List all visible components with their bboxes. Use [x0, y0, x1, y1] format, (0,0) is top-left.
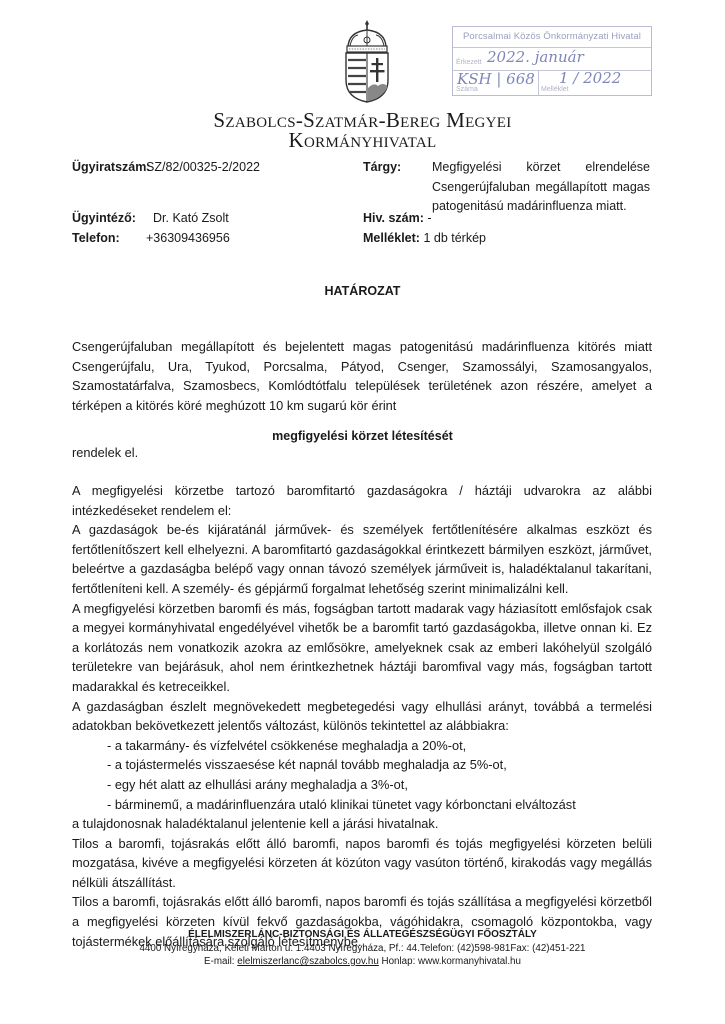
org-name-line2: Kormányhivatal: [0, 128, 725, 153]
measure-paragraph-3: A gazdaságban észlelt megnövekedett megb…: [72, 697, 652, 736]
bullet-item: - egy hét alatt az elhullási arány megha…: [72, 775, 652, 795]
reference: -: [427, 211, 431, 225]
attachment-label: Melléklet:: [363, 231, 420, 245]
measures-intro: A megfigyelési körzetbe tartozó baromfit…: [72, 481, 652, 520]
attachment: 1 db térkép: [423, 231, 486, 245]
bullet-item: - bárminemű, a madárinfluenzára utaló kl…: [72, 795, 652, 815]
phone: +36309436956: [146, 229, 230, 247]
subject: Megfigyelési körzet elrendelése Csengerú…: [432, 158, 650, 217]
footer-address: 4400 Nyíregyháza, Keleti Márton u. 1.440…: [0, 942, 725, 956]
stamp-received-label: Érkezett: [456, 59, 482, 66]
hungarian-coat-of-arms-icon: [338, 18, 396, 104]
subject-label: Tárgy:: [363, 160, 401, 174]
footer-web-label: Honlap:: [382, 956, 416, 967]
intro-paragraph: Csengerújfaluban megállapított és bejele…: [72, 337, 652, 415]
measure-paragraph-3-end: a tulajdonosnak haladéktalanul jelenteni…: [72, 814, 652, 834]
stamp-office: Porcsalmai Közös Önkormányzati Hivatal: [453, 27, 651, 48]
footer-email-link[interactable]: elelmiszerlanc@szabolcs.gov.hu: [237, 956, 379, 967]
officer-label: Ügyintéző:: [72, 211, 136, 225]
footer-web[interactable]: www.kormanyhivatal.hu: [418, 956, 521, 967]
decision-heading: megfigyelési körzet létesítését: [0, 429, 725, 443]
measure-paragraph-1: A gazdaságok be-és kijáratánál járművek-…: [72, 520, 652, 598]
officer: Dr. Kató Zsolt: [153, 209, 229, 227]
bullet-item: - a takarmány- és vízfelvétel csökkenése…: [72, 736, 652, 756]
received-stamp: Porcsalmai Közös Önkormányzati Hivatal É…: [452, 26, 652, 96]
measure-paragraph-4: Tilos a baromfi, tojásrakás előtt álló b…: [72, 834, 652, 893]
phone-label: Telefon:: [72, 231, 120, 245]
stamp-number-value: KSH | 668: [457, 70, 535, 88]
bullet-item: - a tojástermelés visszaesése két napnál…: [72, 755, 652, 775]
page-footer: ÉLELMISZERLÁNC-BIZTONSÁGI ÉS ÁLLATEGÉSZS…: [0, 928, 725, 969]
stamp-received-value: 2022. január: [487, 48, 584, 66]
case-number-label: Ügyiratszám:: [72, 160, 151, 174]
decision-suffix: rendelek el.: [72, 443, 652, 463]
stamp-attachment-value: 1 / 2022: [559, 69, 621, 87]
reference-label: Hiv. szám:: [363, 211, 424, 225]
stamp-attachment-label: Melléklet: [541, 86, 569, 93]
footer-department: ÉLELMISZERLÁNC-BIZTONSÁGI ÉS ÁLLATEGÉSZS…: [0, 928, 725, 942]
measures-body: A megfigyelési körzetbe tartozó baromfit…: [72, 481, 652, 951]
document-title: HATÁROZAT: [0, 284, 725, 298]
measure-paragraph-2: A megfigyelési körzetben baromfi és más,…: [72, 599, 652, 697]
footer-email-label: E-mail:: [204, 956, 234, 967]
case-number: SZ/82/00325-2/2022: [146, 158, 260, 176]
